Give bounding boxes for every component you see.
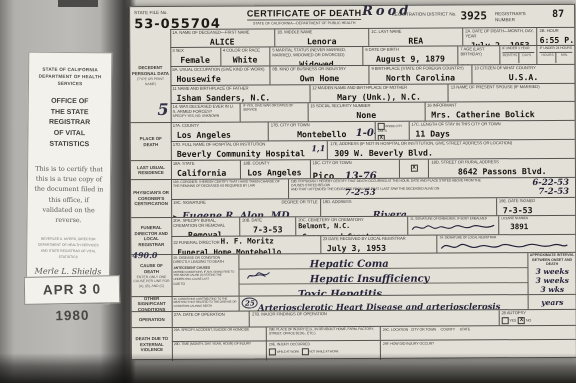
operation-date-label: 27A. DATE OF OPERATION <box>174 313 247 318</box>
scan-shadow <box>0 353 576 383</box>
field-embalmer: 21. SIGNATURE OF EMBALMER, IF BODY EMBAL… <box>407 216 539 235</box>
field-hospital-address: 17E. ADDRESS (IF NOT IN HOSPITAL OR INST… <box>327 140 575 159</box>
under-24-hours-label: IF UNDER 24 HOURS <box>540 47 573 51</box>
interval-header: APPROXIMATE INTERVAL BETWEEN ONSET AND D… <box>529 253 576 267</box>
registrar-number: 87 <box>552 9 570 20</box>
funeral-director-label: 22 FUNERAL DIRECTOR <box>173 240 219 245</box>
residence-state-value: California <box>173 167 238 177</box>
disposition-label: 20A. SPECIFY BURIAL, CREMATION OR REMOVA… <box>173 219 237 229</box>
row-certification: 19A. CORONER: I HEREBY CERTIFY THAT I HA… <box>171 178 575 200</box>
handwritten-scribble <box>246 269 272 281</box>
age-label: 7 AGE (LAST BIRTHDAY) <box>460 47 497 57</box>
stamp-office-line2: THE STATE REGISTRAR <box>34 107 106 129</box>
marital-value: Widowed <box>272 59 360 66</box>
cause-label: 25. DISEASE OR CONDITION DIRECTLY LEADIN… <box>173 256 236 265</box>
field-death-city: 17B. CITY OR TOWN Montebello 1-0425 <box>268 122 375 141</box>
race-value: White <box>223 54 268 64</box>
field-accident-type: 29A. SPECIFY ACCIDENT, SUICIDE OR HOMICI… <box>172 327 266 340</box>
autopsy-label: 28 AUTOPSY <box>501 311 573 316</box>
other-conditions-label: 26. CONDITIONS CONTRIBUTING TO THE DEATH… <box>174 298 237 308</box>
mother-label: 12 MAIDEN NAME AND BIRTHPLACE OF MOTHER <box>312 86 446 92</box>
father-label: 11 NAME AND BIRTHPLACE OF FATHER <box>172 86 307 92</box>
field-cemetery: 20C. CEMETERY OR CREMATORY Belmont, N.C.… <box>295 217 407 236</box>
how-injury-label: 29F. HOW DID INJURY OCCUR? <box>383 341 574 346</box>
funeral-director-value2: Funeral Home,Montebello <box>173 247 318 254</box>
date-of-birth-value: August 9, 1879 <box>365 53 455 63</box>
margin-physician: PHYSICIAN'S OR CORONER'S CERTIFICATION <box>131 180 171 218</box>
last-name-value: REA <box>371 35 460 45</box>
stamp-office-line3: OF VITAL STATISTICS <box>33 129 105 151</box>
margin-cause-label: CAUSE OF DEATH <box>132 263 170 274</box>
margin-operation: OPERATION <box>132 312 172 328</box>
field-date-received: 23 DATE RECEIVED BY LOCAL REGISTRAR July… <box>320 236 437 254</box>
field-physician-statement: 19B. PHYSICIAN: I HEREBY CERTIFY THAT DE… <box>288 178 575 199</box>
ssn-value: None <box>310 109 422 120</box>
race-label: 4 COLOR OR RACE <box>223 48 268 53</box>
certification-stamp: STATE OF CALIFORNIA DEPARTMENT OF HEALTH… <box>26 52 113 305</box>
field-funeral-director: 22 FUNERAL DIRECTOR H. F. Moritz Funeral… <box>171 236 320 254</box>
coroner-statement-label: 19A. CORONER: I HEREBY CERTIFY THAT I HA… <box>173 180 286 188</box>
handwritten-margin-5: 5 <box>157 100 168 120</box>
field-other-conditions-value: 25 Arteriosclerotic Heart Disease and ar… <box>239 295 528 311</box>
handwritten-hospital-code: 1,1 <box>311 143 325 153</box>
handwritten-other-code: 25 <box>242 298 258 309</box>
hours-label: HOURS <box>540 53 556 63</box>
margin-decedent-label: DECEDENT PERSONAL DATA <box>131 65 169 76</box>
row-place-of-death: 17A. COUNTY Los Angeles 17B. CITY OR TOW… <box>171 121 575 142</box>
field-injury-location: 29C. LOCATION CITY OR TOWN COUNTY STATE <box>380 326 576 340</box>
margin-funeral-label: FUNERAL DIRECTOR AND LOCAL REGISTRAR <box>132 225 170 247</box>
death-county-label: 17A. COUNTY <box>173 123 266 128</box>
death-county-value: Los Angeles <box>173 129 266 139</box>
row-armed-ssn: 14. WAS DECEASED EVER IN U. S. ARMED FOR… <box>171 102 575 123</box>
field-coroner-statement: 19A. CORONER: I HEREBY CERTIFY THAT I HA… <box>171 179 288 199</box>
physician-address-value: Rivera <box>373 210 407 217</box>
field-disposition-date: 20B. DATE 7-3-53 <box>239 217 295 235</box>
field-industry: 8B. KIND OF BUSINESS OR INDUSTRY Own Hom… <box>269 66 368 85</box>
field-death-county: 17A. COUNTY Los Angeles <box>171 122 268 141</box>
months-label: MONTHS <box>502 53 518 63</box>
residence-city-label: 18C. CITY OR TOWN <box>313 161 397 166</box>
field-spouse: 13 NAME OF PRESENT SPOUSE (IF MARRIED) <box>448 84 575 102</box>
field-citizen: 10 CITIZEN OF WHAT COUNTRY U.S.A. <box>471 65 574 84</box>
scan-artifact <box>58 0 98 7</box>
signature-arrow-icon: ▶ <box>173 215 178 217</box>
ssn-label: 15 SOCIAL SECURITY NUMBER <box>310 104 422 109</box>
handwritten-city-code: 1-0425 <box>356 128 375 139</box>
time-of-injury-label: 29D. TIME (MONTH, DAY, YEAR, HOUR) OF IN… <box>174 342 264 346</box>
registrar-signature <box>440 240 570 252</box>
days-label: DAYS <box>518 53 535 63</box>
handwritten-residence-code: 13-76 <box>345 171 377 179</box>
middle-name-label: 1B. MIDDLE NAME <box>277 30 366 35</box>
embalmer-signature <box>410 221 496 232</box>
field-physician-address: 19D. ADDRESS Rivera <box>320 198 496 216</box>
occupation-value: Housewife <box>172 73 267 83</box>
margin-other-conditions: OTHER SIGNIFICANT CONDITIONS <box>132 297 172 312</box>
margin-place-label: PLACE OF DEATH <box>132 136 170 147</box>
minutes-label: MIN. <box>556 53 573 63</box>
birthplace-label: 9 BIRTHPLACE (STATE OR FOREIGN COUNTRY) <box>371 66 469 71</box>
date-of-birth-label: 6 DATE OF BIRTH <box>365 47 455 52</box>
date-of-death-label: 2A. DATE OF DEATH—MONTH, DAY, YEAR <box>465 29 534 39</box>
field-under-24-hours: IF UNDER 24 HOURS HOURS MIN. <box>537 46 575 64</box>
place-of-injury-label: 29B. PLACE OF INJURY (E.G., IN OR ABOUT … <box>269 328 378 336</box>
autopsy-no-label: NO <box>526 318 531 322</box>
citizen-label: 10 CITIZEN OF WHAT COUNTRY <box>474 66 572 71</box>
field-hour: 2B. HOUR 6:55 P. <box>537 28 575 45</box>
autopsy-yes-label: YES <box>509 318 516 322</box>
field-cause-lines: Hepatic Coma Hepatic Insufficiency Toxic… <box>239 253 528 296</box>
field-residence-city: 18C. CITY OR TOWN Pico 13-76 <box>310 160 399 178</box>
stamp-signature: Merle L. Shields <box>32 266 104 276</box>
field-operation-findings: 27B. MAJOR FINDINGS OF OPERATION <box>249 310 499 326</box>
margin-residence-label: LAST USUAL RESIDENCE <box>132 164 170 175</box>
state-file-label: STATE FILE No. <box>134 10 221 15</box>
license-value: 3891 <box>501 222 537 231</box>
field-informant: 16 INFORMANT Mrs. Catherine Bolick <box>424 102 575 121</box>
disposition-date-label: 20B. DATE <box>242 218 293 223</box>
injury-occurred-label: 29E. INJURY OCCURRED <box>269 342 378 347</box>
injury-location-state-label: STATE <box>460 327 471 331</box>
field-sex: 3 SEX Female <box>170 48 220 66</box>
hospital-label: 17D. FULL NAME OF HOSPITAL OR INSTITUTIO… <box>173 142 325 148</box>
signature-label: 19C. SIGNATURE <box>173 200 206 205</box>
field-hospital: 17D. FULL NAME OF HOSPITAL OR INSTITUTIO… <box>171 141 328 160</box>
field-date-of-death: 2A. DATE OF DEATH—MONTH, DAY, YEAR July … <box>462 28 536 45</box>
row-cause-of-death: 25. DISEASE OR CONDITION DIRECTLY LEADIN… <box>171 253 575 297</box>
row-parents: 11 NAME AND BIRTHPLACE OF FATHER Isham S… <box>170 84 574 104</box>
cemetery-value-line1: Belmont, N.C. <box>298 222 350 230</box>
father-value: Isham Sanders, N.C. <box>173 92 308 103</box>
certificate-subtitle: STATE OF CALIFORNIA—DEPARTMENT OF PUBLIC… <box>247 19 362 26</box>
handwritten-margin-code: 490.0 <box>132 250 157 260</box>
margin-other-label: OTHER SIGNIFICANT CONDITIONS <box>133 296 171 313</box>
margin-cause-sub: ENTER ONLY ONE CAUSE PER LINE FOR (A), (… <box>132 275 170 288</box>
mother-value: Mary (Unk.), N.C. <box>312 91 446 102</box>
scanned-death-certificate: STATE OF CALIFORNIA DEPARTMENT OF HEALTH… <box>0 0 576 383</box>
field-length-of-stay: 17C. LENGTH OF STAY IN THIS CITY OR TOWN… <box>408 121 574 140</box>
due-c-interval: 3 wks <box>529 285 576 294</box>
physician-address-label: 19D. ADDRESS <box>323 199 494 205</box>
field-last-name: 1C. LAST NAME REA <box>368 28 462 45</box>
certificate-title: CERTIFICATE OF DEATH <box>247 8 362 19</box>
residence-state-label: 18A. STATE <box>173 162 238 167</box>
degree-label: DEGREE OR TITLE <box>281 200 317 205</box>
stamp-director-line3: AND STATE REGISTRAR OF VITAL STATISTICS <box>32 249 104 261</box>
embalmer-label: 21. SIGNATURE OF EMBALMER, IF BODY EMBAL… <box>410 217 496 221</box>
age-value: 73 <box>460 62 470 64</box>
field-marital: 5 MARITAL STATUS (NEVER MARRIED, MARRIED… <box>269 47 362 65</box>
date-received-label: 23 DATE RECEIVED BY LOCAL REGISTRAR <box>323 237 435 242</box>
field-residence-address: 18D. STREET OR RURAL ADDRESS 8642 Passon… <box>428 159 575 178</box>
spouse-label: 13 NAME OF PRESENT SPOUSE (IF MARRIED) <box>451 85 573 90</box>
field-father: 11 NAME AND BIRTHPLACE OF FATHER Isham S… <box>170 85 309 103</box>
license-label: LICENSE NUMBER <box>501 217 537 221</box>
field-city-limits: INSIDE CITY LIMITS X <box>375 122 409 140</box>
certificate-header: STATE FILE No. 53-055704 CERTIFICATE OF … <box>130 5 574 29</box>
field-autopsy: 28 AUTOPSY YES X NO <box>498 310 575 325</box>
other-interval: years <box>531 298 574 307</box>
margin-physician-label: PHYSICIAN'S OR CORONER'S CERTIFICATION <box>132 190 170 207</box>
cemetery-value-line2: Greenwood Cemetery <box>298 231 405 235</box>
hospital-value: Beverly Community Hospital <box>173 148 326 159</box>
antecedent-sub-label: MORBID CONDITIONS, IF ANY, GIVING RISE T… <box>173 271 236 281</box>
industry-value: Own Home <box>272 73 366 83</box>
autopsy-no-checkbox-checked: X <box>518 317 525 324</box>
length-of-stay-label: 17C. LENGTH OF STAY IN THIS CITY OR TOWN <box>411 122 572 128</box>
field-mother: 12 MAIDEN NAME AND BIRTHPLACE OF MOTHER … <box>309 85 448 103</box>
margin-violence-label: DEATH DUE TO EXTERNAL VIOLENCE <box>133 336 171 353</box>
row-personal: 3 SEX Female 4 COLOR OR RACE White 5 MAR… <box>170 46 574 67</box>
informant-value: Mrs. Catherine Bolick <box>427 109 573 120</box>
citizen-value: U.S.A. <box>474 72 572 83</box>
field-disposition: 20A. SPECIFY BURIAL, CREMATION OR REMOVA… <box>171 218 239 236</box>
field-date-signed: 19E. DATE SIGNED 7-3-53 <box>496 198 575 215</box>
field-date-of-birth: 6 DATE OF BIRTH August 9, 1879 <box>362 46 457 64</box>
residence-city-value: Pico <box>313 172 335 178</box>
residence-county-label: 18B. COUNTY <box>243 161 307 166</box>
middle-name-value: Lenora <box>277 36 366 46</box>
residence-address-label: 18D. STREET OR RURAL ADDRESS <box>431 160 573 166</box>
armed-forces-value: No <box>173 119 238 122</box>
form-margin-column: DECEDENT PERSONAL DATA (TYPE OR PRINT NA… <box>130 29 173 361</box>
sex-value: Female <box>172 55 218 65</box>
field-occupation: 8A. USUAL OCCUPATION (GIVE KIND OF WORK)… <box>170 66 269 85</box>
residence-county-value: Los Angeles <box>243 167 307 177</box>
row-physician-signature: 19C. SIGNATURE DEGREE OR TITLE ▶ Eugene … <box>171 198 575 218</box>
field-middle-name: 1B. MIDDLE NAME Lenora <box>274 29 368 46</box>
due-b-interval: 3 weeks <box>529 276 576 285</box>
hospital-address-value: 309 W. Beverly Blvd. <box>330 147 573 158</box>
field-war-service: IF YES, GIVE WAR OR DATES OF SERVICE <box>240 103 307 121</box>
row-residence: 18A. STATE California 18B. COUNTY Los An… <box>171 159 575 180</box>
field-other-interval: years <box>528 295 576 309</box>
margin-place-of-death: PLACE OF DEATH <box>131 123 171 161</box>
industry-label: 8B. KIND OF BUSINESS OR INDUSTRY <box>272 67 366 72</box>
first-name-value: ALICE <box>172 36 272 47</box>
birthplace-value: North Carolina <box>371 72 469 83</box>
date-signed-label: 19E. DATE SIGNED <box>499 199 573 204</box>
length-of-stay-value: 11 Days <box>411 128 572 139</box>
disposition-value: Removal <box>173 229 237 236</box>
field-first-name: 1A. NAME OF DECEASED—FIRST NAME ALICE <box>170 29 274 47</box>
residence-address-value: 8642 Passons Blvd. <box>431 166 573 177</box>
marital-label: 5 MARITAL STATUS (NEVER MARRIED, MARRIED… <box>272 48 360 58</box>
field-residence-county: 18B. COUNTY Los Angeles <box>240 160 309 178</box>
field-birthplace: 9 BIRTHPLACE (STATE OR FOREIGN COUNTRY) … <box>368 65 471 84</box>
field-age: 7 AGE (LAST BIRTHDAY) 73 YEARS <box>457 46 499 64</box>
margin-residence: LAST USUAL RESIDENCE <box>131 161 171 180</box>
handwritten-last-saw: 7-2-53 <box>538 187 569 197</box>
occupation-label: 8A. USUAL OCCUPATION (GIVE KIND OF WORK) <box>172 67 267 72</box>
field-residence-state: 18A. STATE California <box>171 161 240 179</box>
certificate-form: STATE FILE No. 53-055704 CERTIFICATE OF … <box>129 4 576 360</box>
row-occupation: 8A. USUAL OCCUPATION (GIVE KIND OF WORK)… <box>170 65 574 86</box>
field-ssn: 15 SOCIAL SECURITY NUMBER None <box>307 103 424 122</box>
under-1-year-label: IF UNDER 1 YEAR <box>502 47 535 51</box>
war-service-label: IF YES, GIVE WAR OR DATES OF SERVICE <box>243 104 305 112</box>
funeral-director-value1: H. F. Moritz <box>221 236 274 245</box>
stamp-office-line1: OFFICE OF <box>34 96 106 108</box>
field-intervals: APPROXIMATE INTERVAL BETWEEN ONSET AND D… <box>528 253 576 294</box>
stamp-agency-line2: DEPARTMENT OF HEALTH SERVICES <box>34 74 106 89</box>
due-to-c-value: Toxic Hepatitis <box>298 289 382 296</box>
informant-label: 16 INFORMANT <box>427 103 573 109</box>
due-to-label: DUE TO <box>174 283 237 287</box>
hour-label: 2B. HOUR <box>540 29 573 34</box>
margin-decedent-sub: (TYPE OR PRINT NAME) <box>131 77 169 86</box>
disposition-date-value: 7-3-53 <box>242 224 293 234</box>
sex-label: 3 SEX <box>172 49 218 54</box>
row-disposition: 20A. SPECIFY BURIAL, CREMATION OR REMOVA… <box>171 216 575 237</box>
margin-decedent: DECEDENT PERSONAL DATA (TYPE OR PRINT NA… <box>130 29 170 123</box>
field-residence-limits: X <box>399 160 429 178</box>
armed-forces-sub-label: SPECIFY YES, NO, UNKNOWN <box>173 114 238 118</box>
field-registrar-signature: 24. SIGNATURE OF LOCAL REGISTRAR <box>437 235 576 253</box>
field-operation-date: 27A. DATE OF OPERATION <box>172 312 249 327</box>
field-race: 4 COLOR OR RACE White <box>220 47 270 65</box>
row-hospital: 17D. FULL NAME OF HOSPITAL OR INSTITUTIO… <box>171 140 575 161</box>
accident-type-label: 29A. SPECIFY ACCIDENT, SUICIDE OR HOMICI… <box>174 328 264 332</box>
received-date-stamp: APR 3 0 1980 <box>24 275 120 305</box>
margin-operation-label: OPERATION <box>139 317 165 323</box>
date-of-death-value: July 2, 1953 <box>465 40 534 46</box>
stamp-certify-text: This is to certify that this is a true c… <box>33 164 106 226</box>
operation-findings-label: 27B. MAJOR FINDINGS OF OPERATION <box>252 311 497 317</box>
date-signed-value: 7-3-53 <box>499 205 573 215</box>
handwritten-surname: Rood <box>362 4 411 19</box>
spouse-value <box>451 91 573 92</box>
field-under-1-year: IF UNDER 1 YEAR MONTHS DAYS <box>499 46 537 64</box>
city-limits-checkbox-checked: X <box>378 135 385 140</box>
other-conditions-value: Arteriosclerotic Heart Disease and arter… <box>258 302 500 310</box>
injury-location-label: 29C. LOCATION <box>383 328 408 332</box>
injury-location-city-label: CITY OR TOWN <box>411 328 436 332</box>
physician-signature-value: Eugene R. Alon, MD <box>182 210 289 217</box>
first-name-label: 1A. NAME OF DECEASED—FIRST NAME <box>172 30 272 35</box>
registrar-number-label: REGISTRAR'S NUMBER <box>495 11 529 22</box>
injury-location-county-label: COUNTY <box>441 327 456 331</box>
handwritten-physician-date: 7-2-53 <box>345 188 376 198</box>
row-funeral-director: 22 FUNERAL DIRECTOR H. F. Moritz Funeral… <box>171 235 575 255</box>
field-physician-signature: 19C. SIGNATURE DEGREE OR TITLE ▶ Eugene … <box>171 199 320 217</box>
cause-interval: 3 weeks <box>529 267 576 276</box>
date-received-value: July 3, 1953 <box>323 242 435 253</box>
field-other-conditions-label: 26. CONDITIONS CONTRIBUTING TO THE DEATH… <box>172 297 239 311</box>
residence-limits-checkbox-checked: X <box>411 165 418 172</box>
field-armed-forces: 14. WAS DECEASED EVER IN U. S. ARMED FOR… <box>171 104 240 122</box>
row-name: 1A. NAME OF DECEASED—FIRST NAME ALICE 1B… <box>170 27 574 48</box>
margin-cause: 490.0 CAUSE OF DEATH ENTER ONLY ONE CAUS… <box>131 255 171 297</box>
autopsy-yes-checkbox <box>501 317 508 324</box>
field-place-of-injury: 29B. PLACE OF INJURY (E.G., IN OR ABOUT … <box>266 327 380 341</box>
last-name-label: 1C. LAST NAME <box>371 29 460 34</box>
field-cause-labels: 25. DISEASE OR CONDITION DIRECTLY LEADIN… <box>171 255 239 296</box>
registration-district-number: 3925 <box>460 9 487 22</box>
hour-value: 6:55 P. <box>540 35 573 45</box>
